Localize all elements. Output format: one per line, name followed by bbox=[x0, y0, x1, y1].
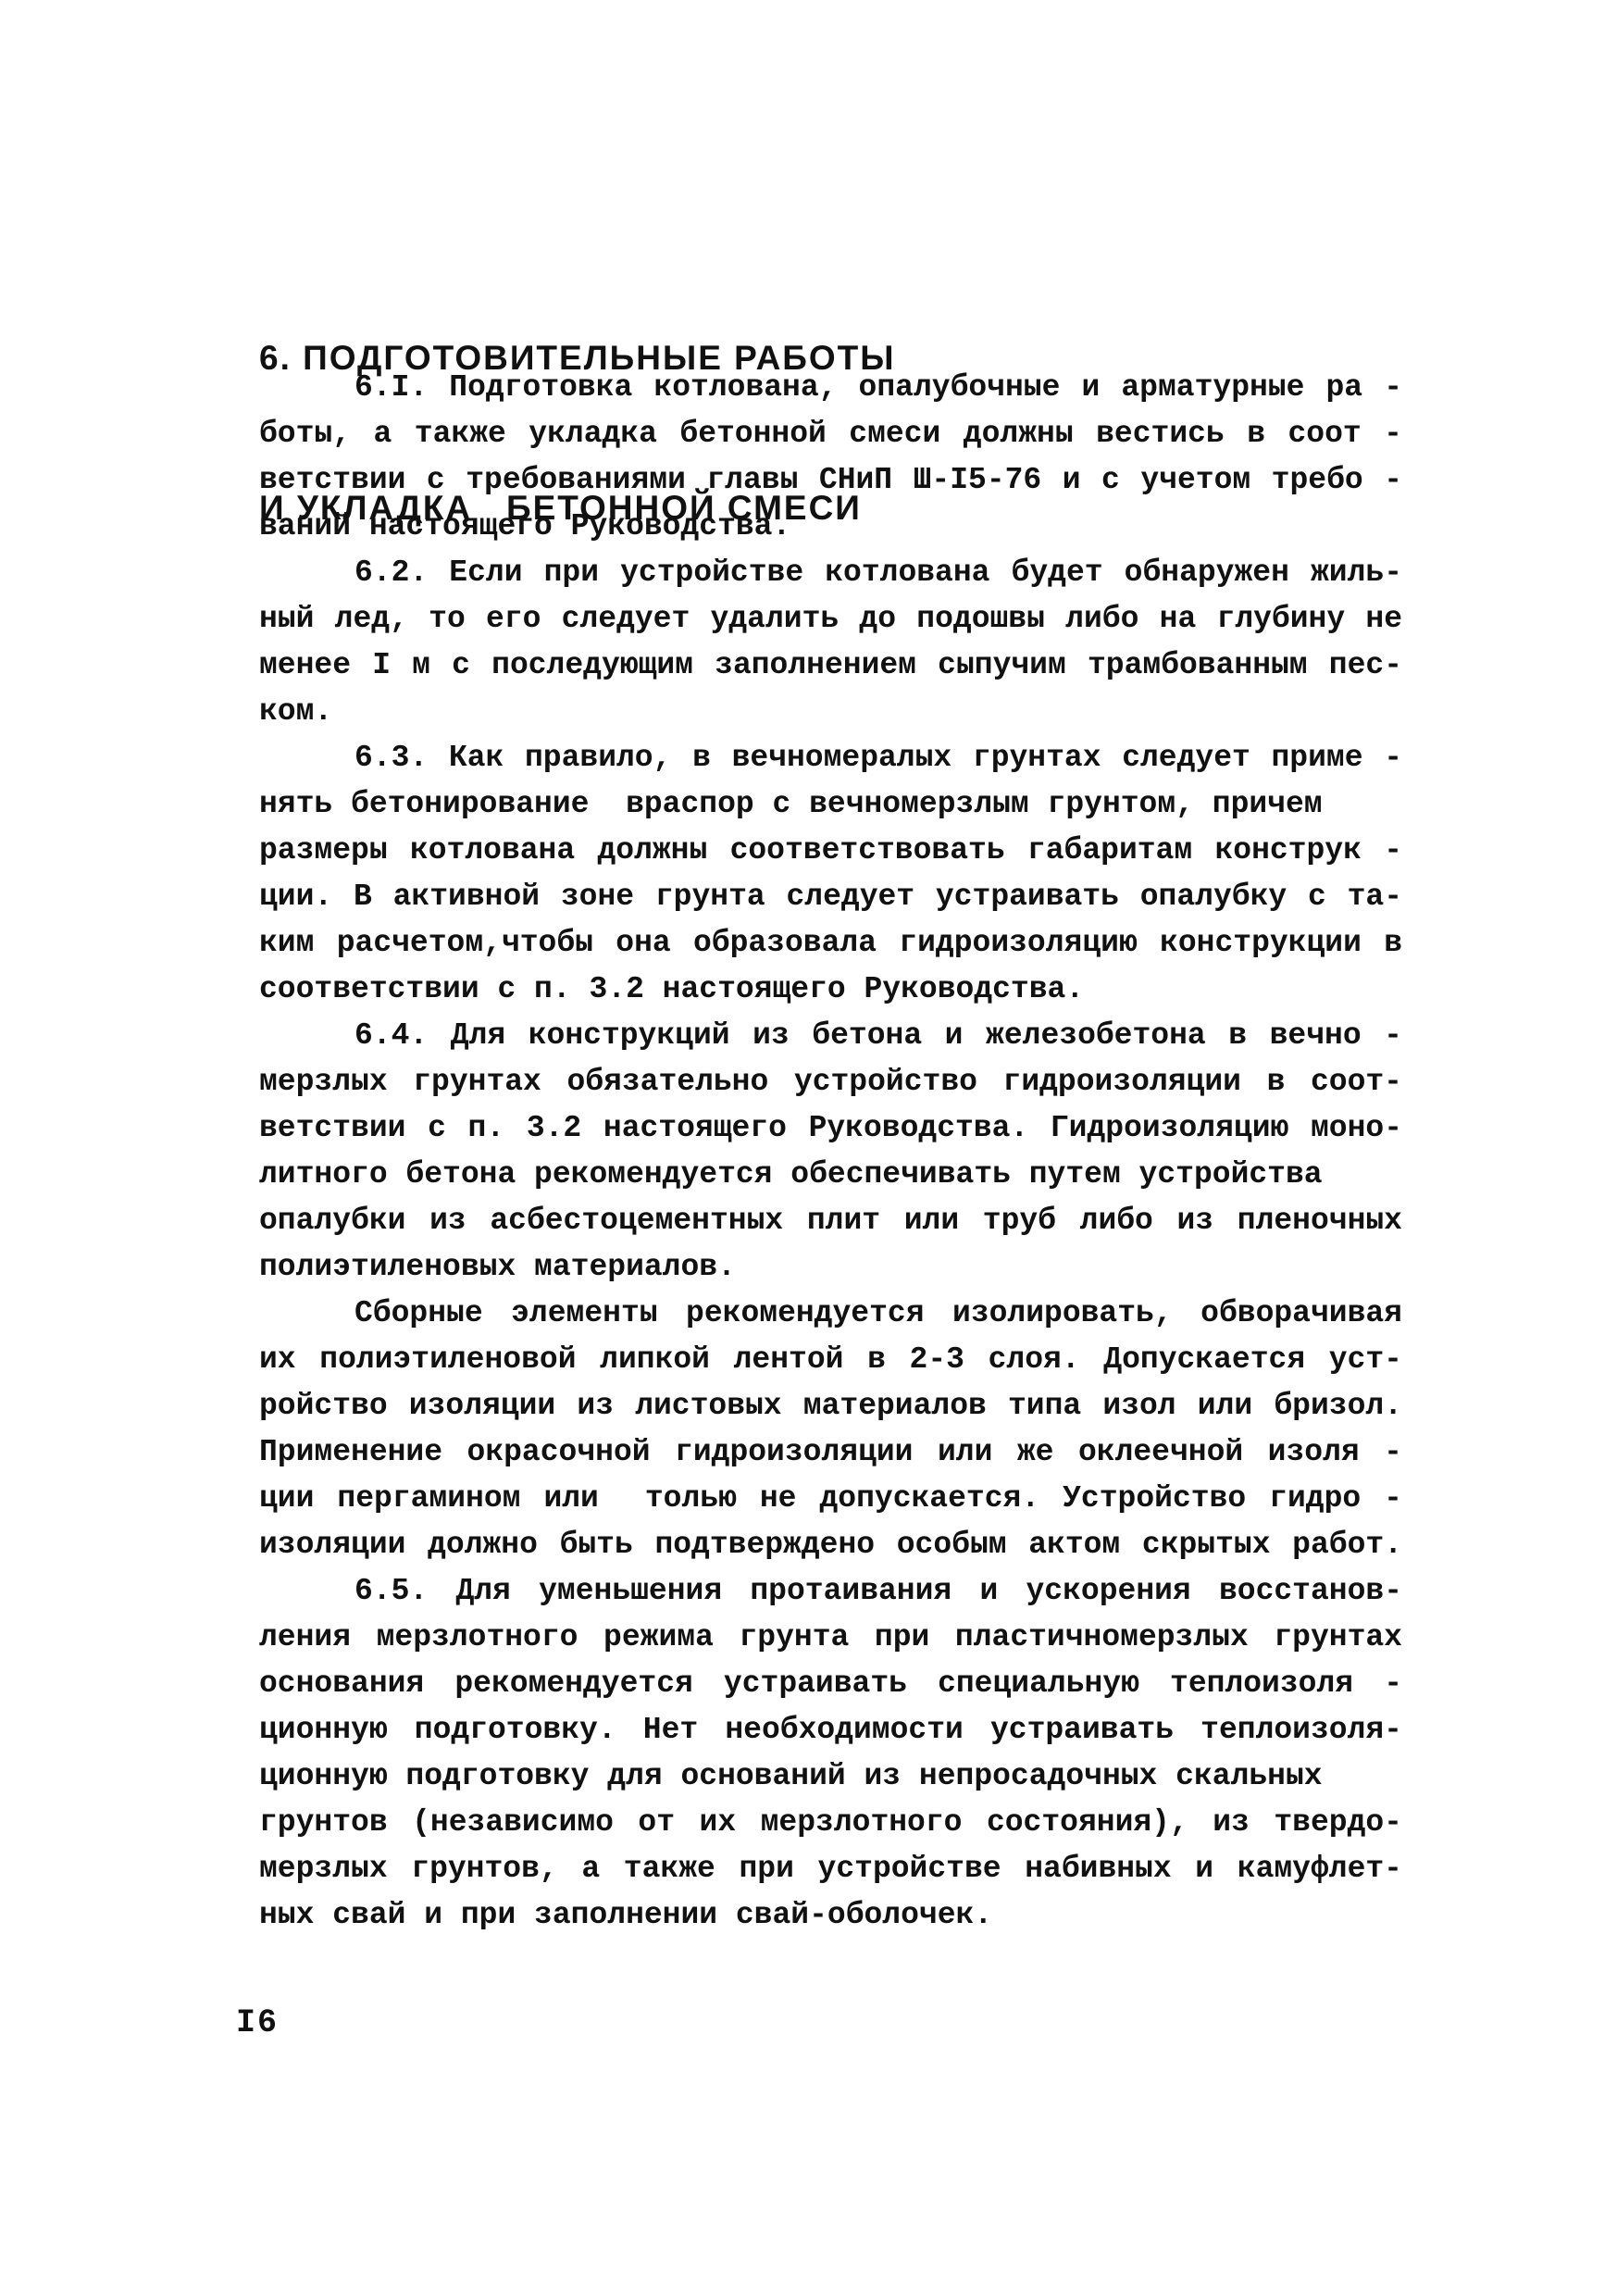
text-line: ционную подготовку для оснований из непр… bbox=[259, 1753, 1402, 1800]
text-line: боты, а также укладка бетонной смеси дол… bbox=[259, 411, 1402, 457]
text-line: ционную подготовку. Нет необходимости ус… bbox=[259, 1707, 1402, 1753]
text-line: ных свай и при заполнении свай-оболочек. bbox=[259, 1892, 1402, 1939]
text-line: полиэтиленовых материалов. bbox=[259, 1244, 1402, 1291]
text-line: менее I м с последующим заполнением сыпу… bbox=[259, 643, 1402, 689]
text-line: ройство изоляции из листовых материалов … bbox=[259, 1383, 1402, 1429]
text-line: Сборные элементы рекомендуется изолирова… bbox=[259, 1291, 1402, 1337]
document-body: 6.I. Подготовка котлована, опалубочные и… bbox=[259, 365, 1402, 1939]
paragraph-6-5: 6.5. Для уменьшения протаивания и ускоре… bbox=[259, 1568, 1402, 1939]
text-line: ваний настоящего Руководства. bbox=[259, 504, 1402, 550]
text-line: 6.2. Если при устройстве котлована будет… bbox=[259, 550, 1402, 596]
text-line: ветствии с п. 3.2 настоящего Руководства… bbox=[259, 1105, 1402, 1152]
text-line: 6.I. Подготовка котлована, опалубочные и… bbox=[259, 365, 1402, 411]
paragraph-precast-elements: Сборные элементы рекомендуется изолирова… bbox=[259, 1291, 1402, 1568]
text-line: Применение окрасочной гидроизоляции или … bbox=[259, 1429, 1402, 1476]
page-number: I6 bbox=[236, 2003, 279, 2043]
text-line: изоляции должно быть подтверждено особым… bbox=[259, 1522, 1402, 1568]
text-line: 6.3. Как правило, в вечномералых грунтах… bbox=[259, 735, 1402, 781]
text-line: нять бетонирование враспор с вечномерзлы… bbox=[259, 781, 1402, 828]
text-line: литного бетона рекомендуется обеспечиват… bbox=[259, 1152, 1402, 1198]
text-line: ком. bbox=[259, 689, 1402, 735]
text-line: их полиэтиленовой липкой лентой в 2-3 сл… bbox=[259, 1337, 1402, 1383]
text-line: ции. В активной зоне грунта следует устр… bbox=[259, 874, 1402, 920]
text-line: ный лед, то его следует удалить до подош… bbox=[259, 596, 1402, 643]
text-line: мерзлых грунтов, а также при устройстве … bbox=[259, 1846, 1402, 1892]
paragraph-6-2: 6.2. Если при устройстве котлована будет… bbox=[259, 550, 1402, 735]
document-page: 6. ПОДГОТОВИТЕЛЬНЫЕ РАБОТЫ И УКЛАДКА БЕТ… bbox=[0, 0, 1617, 2296]
text-line: грунтов (независимо от их мерзлотного со… bbox=[259, 1800, 1402, 1846]
text-line: 6.4. Для конструкций из бетона и железоб… bbox=[259, 1013, 1402, 1059]
text-line: размеры котлована должны соответствовать… bbox=[259, 828, 1402, 874]
text-line: основания рекомендуется устраивать специ… bbox=[259, 1661, 1402, 1707]
text-line: 6.5. Для уменьшения протаивания и ускоре… bbox=[259, 1568, 1402, 1615]
paragraph-6-3: 6.3. Как правило, в вечномералых грунтах… bbox=[259, 735, 1402, 1013]
text-line: ветствии с требованиями главы СНиП Ш-I5-… bbox=[259, 457, 1402, 504]
text-line: ции пергамином или толью не допускается.… bbox=[259, 1476, 1402, 1522]
text-line: ления мерзлотного режима грунта при плас… bbox=[259, 1615, 1402, 1661]
text-line: мерзлых грунтах обязательно устройство г… bbox=[259, 1059, 1402, 1105]
paragraph-6-1: 6.I. Подготовка котлована, опалубочные и… bbox=[259, 365, 1402, 550]
text-line: опалубки из асбестоцементных плит или тр… bbox=[259, 1198, 1402, 1244]
text-line: ким расчетом,чтобы она образовала гидрои… bbox=[259, 920, 1402, 967]
text-line: соответствии с п. 3.2 настоящего Руковод… bbox=[259, 967, 1402, 1013]
paragraph-6-4: 6.4. Для конструкций из бетона и железоб… bbox=[259, 1013, 1402, 1291]
